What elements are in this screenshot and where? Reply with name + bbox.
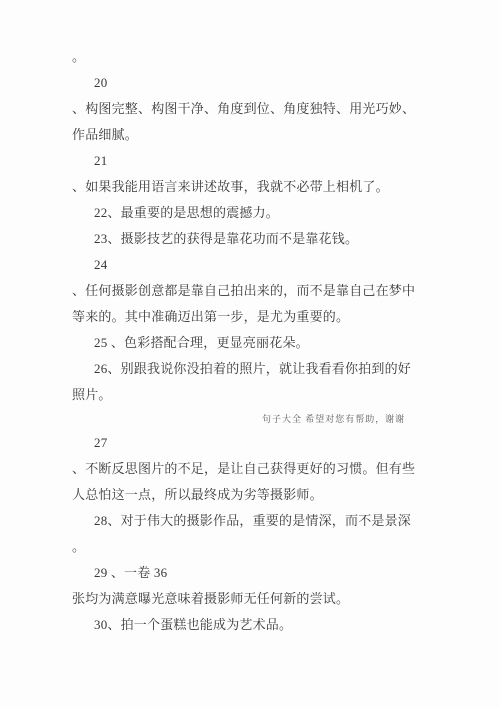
text-line: 、任何摄影创意都是靠自己拍出来的，而不是靠自己在梦中 xyxy=(72,278,436,304)
text-line: 26、别跟我说你没拍着的照片，就让我看看你拍到的好 xyxy=(72,356,436,382)
text-line: 30、拍一个蛋糕也能成为艺术品。 xyxy=(72,612,436,638)
text-line: 张均为满意曝光意味着摄影师无任何新的尝试。 xyxy=(72,586,436,612)
text-line: 25 、色彩搭配合理，更显亮丽花朵。 xyxy=(72,330,436,356)
text-line: 人总怕这一点，所以最终成为劣等摄影师。 xyxy=(72,482,436,508)
text-line: 、如果我能用语言来讲述故事，我就不必带上相机了。 xyxy=(72,174,436,200)
text-line: 24 xyxy=(72,252,436,278)
text-line: 21 xyxy=(72,148,436,174)
text-line: 、不断反思图片的不足，是让自己获得更好的习惯。但有些 xyxy=(72,456,436,482)
text-line: 20 xyxy=(72,70,436,96)
text-line: 、构图完整、构图干净、角度到位、角度独特、用光巧妙、 xyxy=(72,96,436,122)
text-line: 22、最重要的是思想的震撼力。 xyxy=(72,200,436,226)
text-content: 。20、构图完整、构图干净、角度到位、角度独特、用光巧妙、作品细腻。21、如果我… xyxy=(72,44,436,638)
text-line: 作品细腻。 xyxy=(72,122,436,148)
watermark-note: 句子大全 希望对您有帮助，谢谢 xyxy=(72,408,436,430)
text-line: 28、对于伟大的摄影作品，重要的是情深，而不是景深 xyxy=(72,508,436,534)
text-line: 23、摄影技艺的获得是靠花功而不是靠花钱。 xyxy=(72,226,436,252)
text-line: 29 、一卷 36 xyxy=(72,560,436,586)
text-line: 。 xyxy=(72,44,436,70)
text-line: 等来的。其中准确迈出第一步，是尤为重要的。 xyxy=(72,304,436,330)
text-line: 照片。 xyxy=(72,382,436,408)
text-line: 27 xyxy=(72,430,436,456)
document-page: 。20、构图完整、构图干净、角度到位、角度独特、用光巧妙、作品细腻。21、如果我… xyxy=(0,0,500,708)
text-line: 。 xyxy=(72,534,436,560)
